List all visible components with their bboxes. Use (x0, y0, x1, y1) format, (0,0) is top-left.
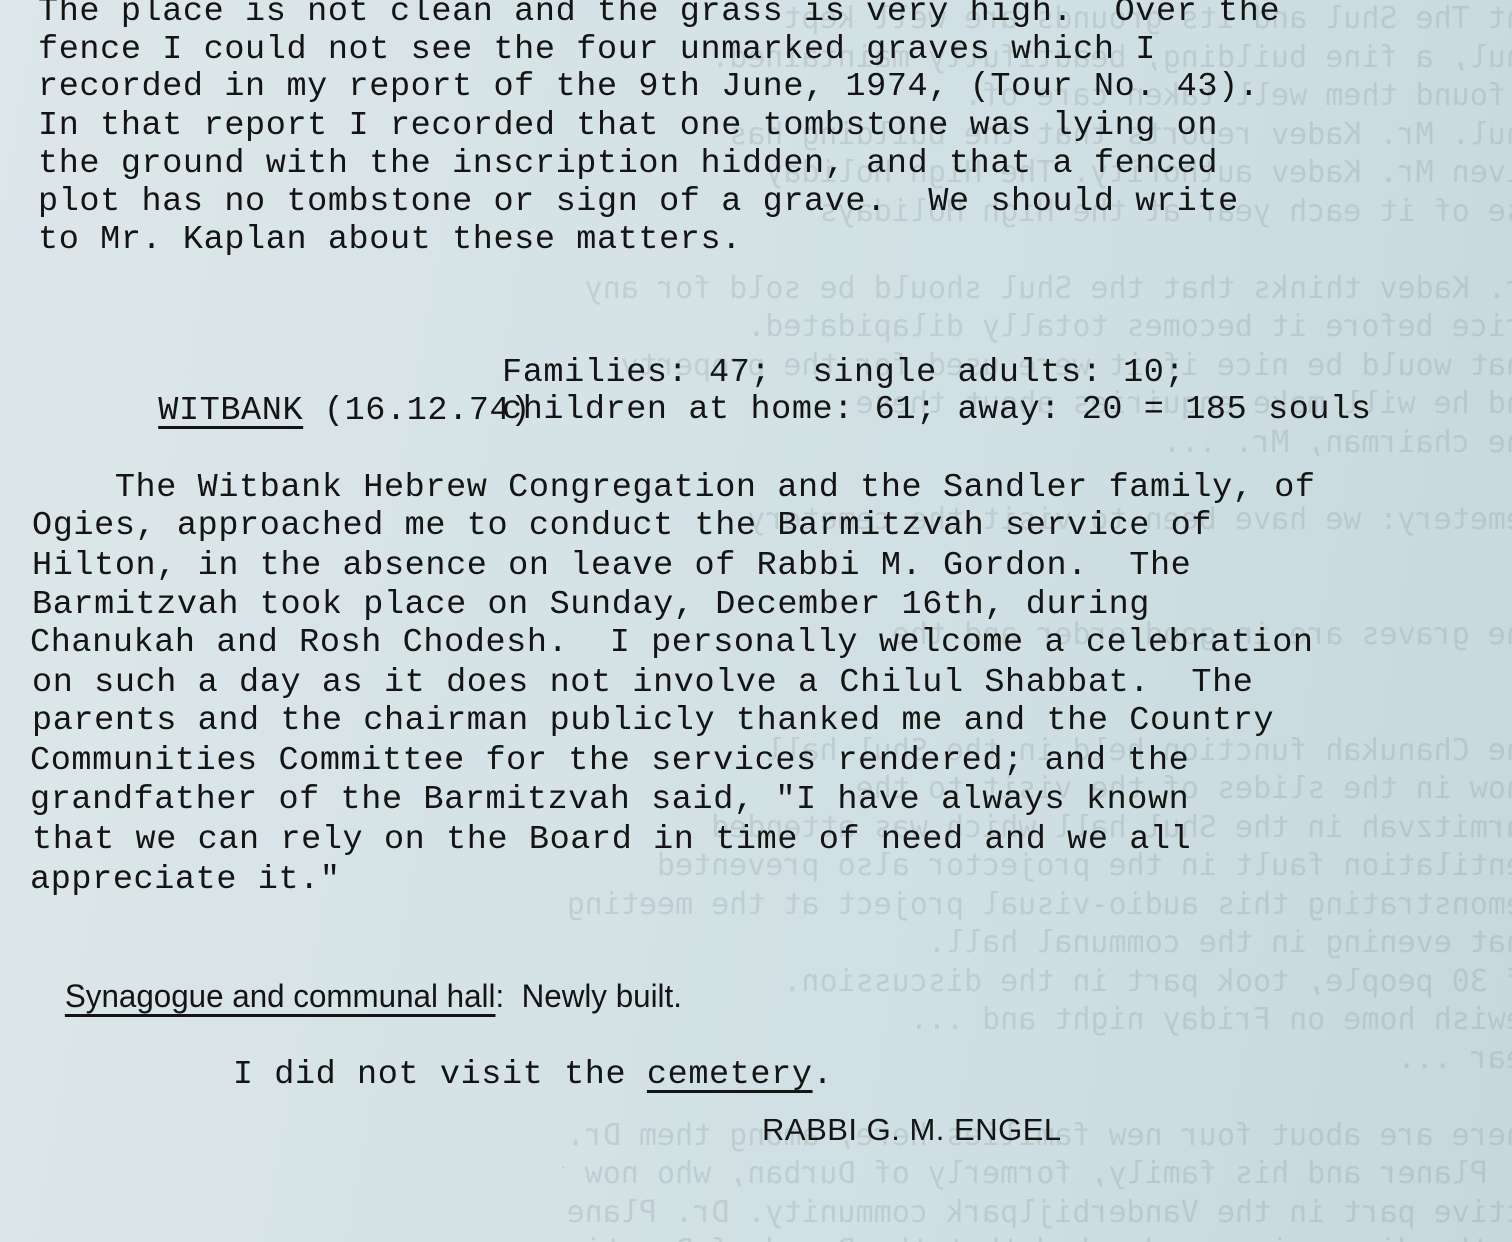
text-line: parents and the chairman publicly thanke… (32, 702, 1274, 740)
text-line: Chanukah and Rosh Chodesh. I personally … (30, 624, 1314, 662)
text-line: plot has no tombstone or sign of a grave… (38, 183, 1239, 221)
text-line: Hilton, in the absence on leave of Rabbi… (32, 547, 1191, 585)
text-line: grandfather of the Barmitzvah said, "I h… (30, 781, 1189, 819)
text-line: Barmitzvah took place on Sunday, Decembe… (32, 586, 1150, 624)
cemetery-line: I did not visit the cemetery. (150, 1018, 833, 1132)
text-line: The place is not clean and the grass is … (38, 0, 1280, 31)
text-line: that we can rely on the Board in time of… (32, 821, 1191, 859)
synagogue-status: Newly built. (522, 978, 682, 1014)
text-line: Communities Committee for the services r… (30, 742, 1189, 780)
stats-line-1: Families: 47; single adults: 10; (502, 354, 1185, 392)
text-line: recorded in my report of the 9th June, 1… (38, 68, 1260, 106)
text-line: Ogies, approached me to conduct the Barm… (32, 507, 1212, 545)
text-line: to Mr. Kaplan about these matters. (38, 221, 742, 259)
cemetery-underlined: cemetery (647, 1056, 813, 1094)
text-line: the ground with the inscription hidden, … (38, 145, 1218, 183)
section-heading: WITBANK (158, 392, 303, 430)
signature: RABBI G. M. ENGEL (762, 1112, 1062, 1148)
stats-line-2: children at home: 61; away: 20 = 185 sou… (502, 391, 1372, 429)
text-line: appreciate it." (30, 861, 341, 899)
visit-date: (16.12.74) (324, 392, 531, 430)
synagogue-label: Synagogue and communal hall (65, 978, 496, 1014)
text-line: The Witbank Hebrew Congregation and the … (32, 469, 1316, 507)
text-line: In that report I recorded that one tombs… (38, 107, 1218, 145)
text-line: fence I could not see the four unmarked … (38, 31, 1156, 69)
document-page: ent The Shul and its grounds are well ke… (0, 0, 1512, 1242)
text-line: on such a day as it does not involve a C… (32, 664, 1254, 702)
